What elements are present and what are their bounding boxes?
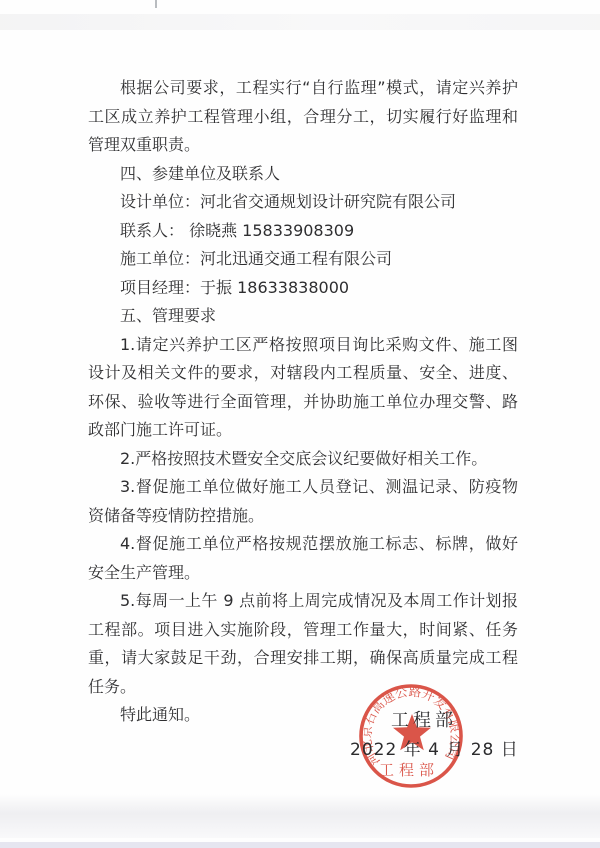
scan-artifact-bottom-band <box>0 794 600 838</box>
signature-department: 工程部 <box>391 706 457 732</box>
paragraph: 2.严格按照技术暨安全交底会议纪要做好相关工作。 <box>88 445 518 474</box>
paragraph: 联系人： 徐晓燕 15833908309 <box>88 217 518 246</box>
scan-artifact-tick <box>155 0 157 8</box>
document-body: 根据公司要求，工程实行“自行监理”模式，请定兴养护工区成立养护工程管理小组，合理… <box>88 74 518 730</box>
paragraph: 施工单位：河北迅通交通工程有限公司 <box>88 245 518 274</box>
scan-artifact-bottom-edge <box>0 842 600 848</box>
paragraph: 3.督促施工单位做好施工人员登记、测温记录、防疫物资储备等疫情防控措施。 <box>88 473 518 530</box>
paragraph: 设计单位：河北省交通规划设计研究院有限公司 <box>88 188 518 217</box>
paragraph: 4.督促施工单位严格按规范摆放施工标志、标牌，做好安全生产管理。 <box>88 530 518 587</box>
document-page: 根据公司要求，工程实行“自行监理”模式，请定兴养护工区成立养护工程管理小组，合理… <box>0 0 600 848</box>
scan-artifact-top-band <box>0 14 600 30</box>
paragraph: 五、管理要求 <box>88 302 518 331</box>
paragraph: 四、参建单位及联系人 <box>88 160 518 189</box>
paragraph: 1.请定兴养护工区严格按照项目询比采购文件、施工图设计及相关文件的要求，对辖段内… <box>88 331 518 445</box>
seal-center-text: 工程部 <box>379 761 439 779</box>
paragraph: 根据公司要求，工程实行“自行监理”模式，请定兴养护工区成立养护工程管理小组，合理… <box>88 74 518 160</box>
signature-date: 2022 年 4 月 28 日 <box>350 735 519 760</box>
paragraph: 项目经理：于振 18633838000 <box>88 274 518 303</box>
